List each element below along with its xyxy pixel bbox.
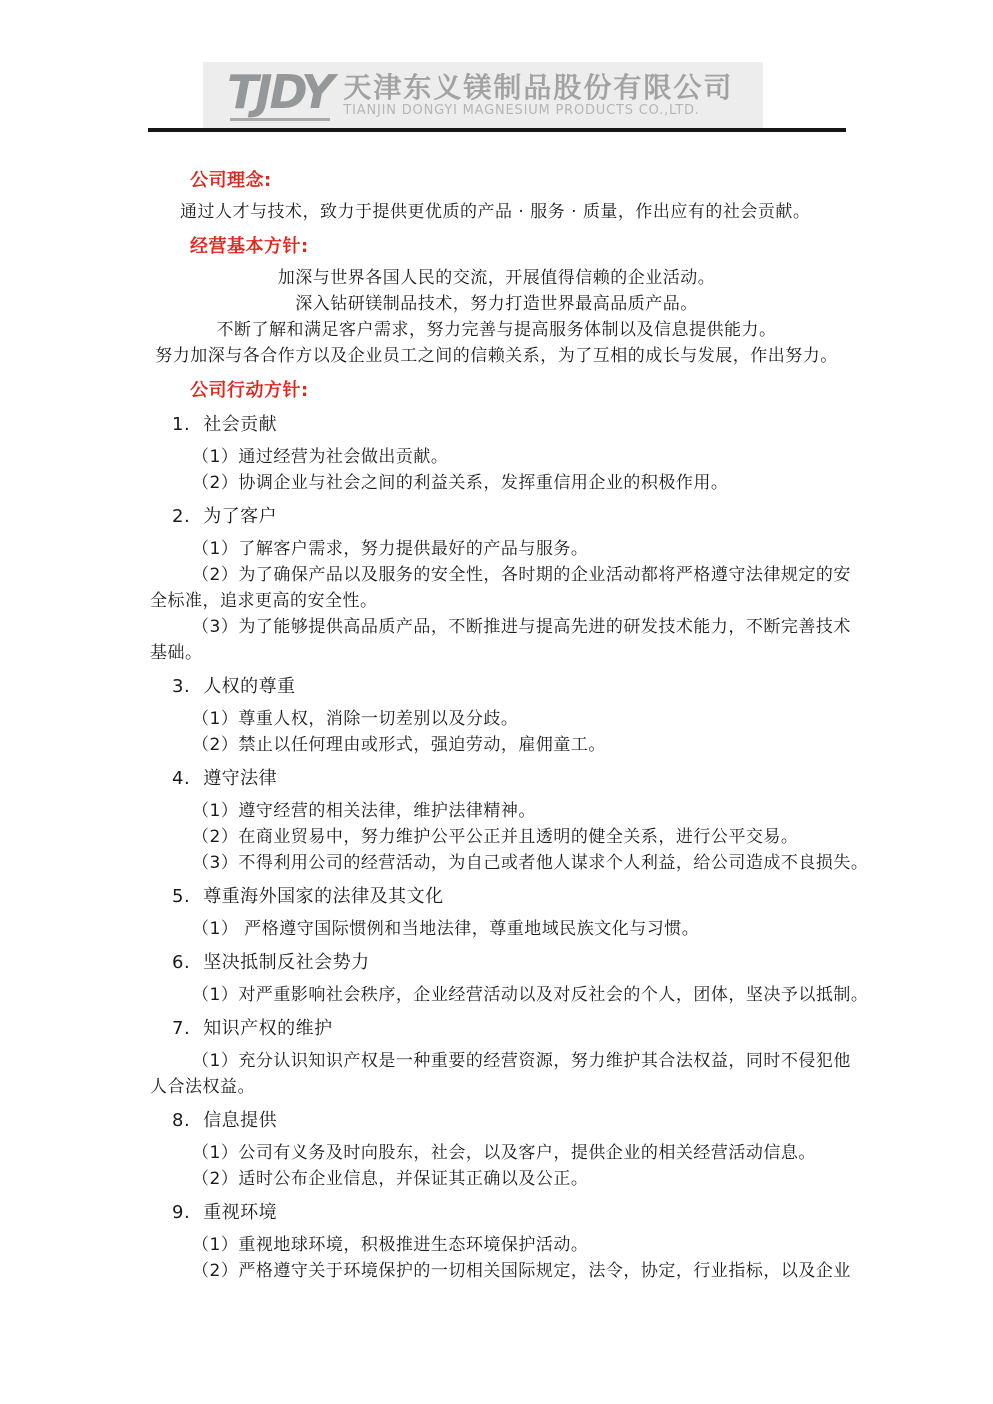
- action-item: （1） 严格遵守国际惯例和当地法律，尊重地域民族文化与习惯。: [150, 916, 860, 942]
- section-number: 8.: [172, 1110, 190, 1131]
- action-item: （1）对严重影响社会秩序，企业经营活动以及对反社会的个人，团体，坚决予以抵制。: [150, 982, 860, 1008]
- company-name-zh: 天津东义镁制品股份有限公司: [343, 73, 733, 103]
- action-item: （3）不得利用公司的经营活动，为自己或者他人谋求个人利益，给公司造成不良损失。: [150, 850, 860, 876]
- section-title: 遵守法律: [203, 768, 277, 789]
- section-title: 人权的尊重: [203, 676, 296, 697]
- section-number: 6.: [172, 952, 190, 973]
- section-title: 知识产权的维护: [203, 1018, 333, 1039]
- action-item: （1）了解客户需求，努力提供最好的产品与服务。: [150, 536, 860, 562]
- section-number: 7.: [172, 1018, 190, 1039]
- section-heading-3: 3.人权的尊重: [172, 674, 860, 700]
- section-heading-7: 7.知识产权的维护: [172, 1016, 860, 1042]
- section-heading-2: 2.为了客户: [172, 504, 860, 530]
- company-name-en: TIANJIN DONGYI MAGNESIUM PRODUCTS CO.,LT…: [343, 103, 733, 118]
- section-heading-5: 5.尊重海外国家的法律及其文化: [172, 884, 860, 910]
- document-body: 公司理念: 通过人才与技术，致力于提供更优质的产品 · 服务 · 质量，作出应有…: [0, 168, 993, 1284]
- section-number: 3.: [172, 676, 190, 697]
- action-item: （1）尊重人权，消除一切差别以及分歧。: [150, 706, 860, 732]
- policy-line: 努力加深与各合作方以及企业员工之间的信赖关系，为了互相的成长与发展，作出努力。: [0, 343, 993, 369]
- action-item: （2）禁止以任何理由或形式，强迫劳动，雇佣童工。: [150, 732, 860, 758]
- section-heading-9: 9.重视环境: [172, 1200, 860, 1226]
- letterhead: TJDY 天津东义镁制品股份有限公司 TIANJIN DONGYI MAGNES…: [0, 0, 993, 132]
- company-logo: TJDY 天津东义镁制品股份有限公司 TIANJIN DONGYI MAGNES…: [203, 62, 763, 128]
- section-title: 坚决抵制反社会势力: [203, 952, 370, 973]
- policy-heading: 经营基本方针:: [190, 234, 860, 260]
- action-item: （2）严格遵守关于环境保护的一切相关国际规定，法令，协定，行业指标，以及企业: [150, 1258, 860, 1284]
- action-item: （1）通过经营为社会做出贡献。: [150, 444, 860, 470]
- section-title: 尊重海外国家的法律及其文化: [203, 886, 444, 907]
- company-names: 天津东义镁制品股份有限公司 TIANJIN DONGYI MAGNESIUM P…: [343, 73, 733, 118]
- action-item: （1）充分认识知识产权是一种重要的经营资源，努力维护其合法权益，同时不侵犯他人合…: [150, 1048, 860, 1100]
- action-heading: 公司行动方针:: [190, 378, 860, 404]
- action-item: （2）适时公布企业信息，并保证其正确以及公正。: [150, 1166, 860, 1192]
- section-heading-4: 4.遵守法律: [172, 766, 860, 792]
- policy-line: 加深与世界各国人民的交流，开展值得信赖的企业活动。: [0, 265, 993, 291]
- section-heading-1: 1.社会贡献: [172, 412, 860, 438]
- section-heading-8: 8.信息提供: [172, 1108, 860, 1134]
- action-item: （1）公司有义务及时向股东，社会，以及客户，提供企业的相关经营活动信息。: [150, 1140, 860, 1166]
- policy-line: 不断了解和满足客户需求，努力完善与提高服务体制以及信息提供能力。: [0, 317, 993, 343]
- philosophy-text: 通过人才与技术，致力于提供更优质的产品 · 服务 · 质量，作出应有的社会贡献。: [150, 199, 860, 225]
- section-title: 为了客户: [203, 506, 277, 527]
- section-heading-6: 6.坚决抵制反社会势力: [172, 950, 860, 976]
- section-number: 1.: [172, 414, 190, 435]
- section-number: 4.: [172, 768, 190, 789]
- action-item: （1）重视地球环境，积极推进生态环境保护活动。: [150, 1232, 860, 1258]
- policy-line: 深入钻研镁制品技术，努力打造世界最高品质产品。: [0, 291, 993, 317]
- section-title: 信息提供: [203, 1110, 277, 1131]
- action-item: （3）为了能够提供高品质产品，不断推进与提高先进的研发技术能力，不断完善技术基础…: [150, 614, 860, 666]
- document-page: TJDY 天津东义镁制品股份有限公司 TIANJIN DONGYI MAGNES…: [0, 0, 993, 1404]
- policy-lines: 加深与世界各国人民的交流，开展值得信赖的企业活动。 深入钻研镁制品技术，努力打造…: [0, 265, 993, 369]
- section-number: 5.: [172, 886, 190, 907]
- action-item: （1）遵守经营的相关法律，维护法律精神。: [150, 798, 860, 824]
- section-title: 重视环境: [203, 1202, 277, 1223]
- action-item: （2）在商业贸易中，努力维护公平公正并且透明的健全关系，进行公平交易。: [150, 824, 860, 850]
- action-item: （2）为了确保产品以及服务的安全性，各时期的企业活动都将严格遵守法律规定的安全标…: [150, 562, 860, 614]
- header-rule: [148, 128, 846, 132]
- section-number: 9.: [172, 1202, 190, 1223]
- philosophy-heading: 公司理念:: [190, 168, 860, 194]
- section-number: 2.: [172, 506, 190, 527]
- section-title: 社会贡献: [203, 414, 277, 435]
- action-item: （2）协调企业与社会之间的利益关系，发挥重信用企业的积极作用。: [150, 470, 860, 496]
- tjdy-logo-icon: TJDY: [227, 69, 331, 121]
